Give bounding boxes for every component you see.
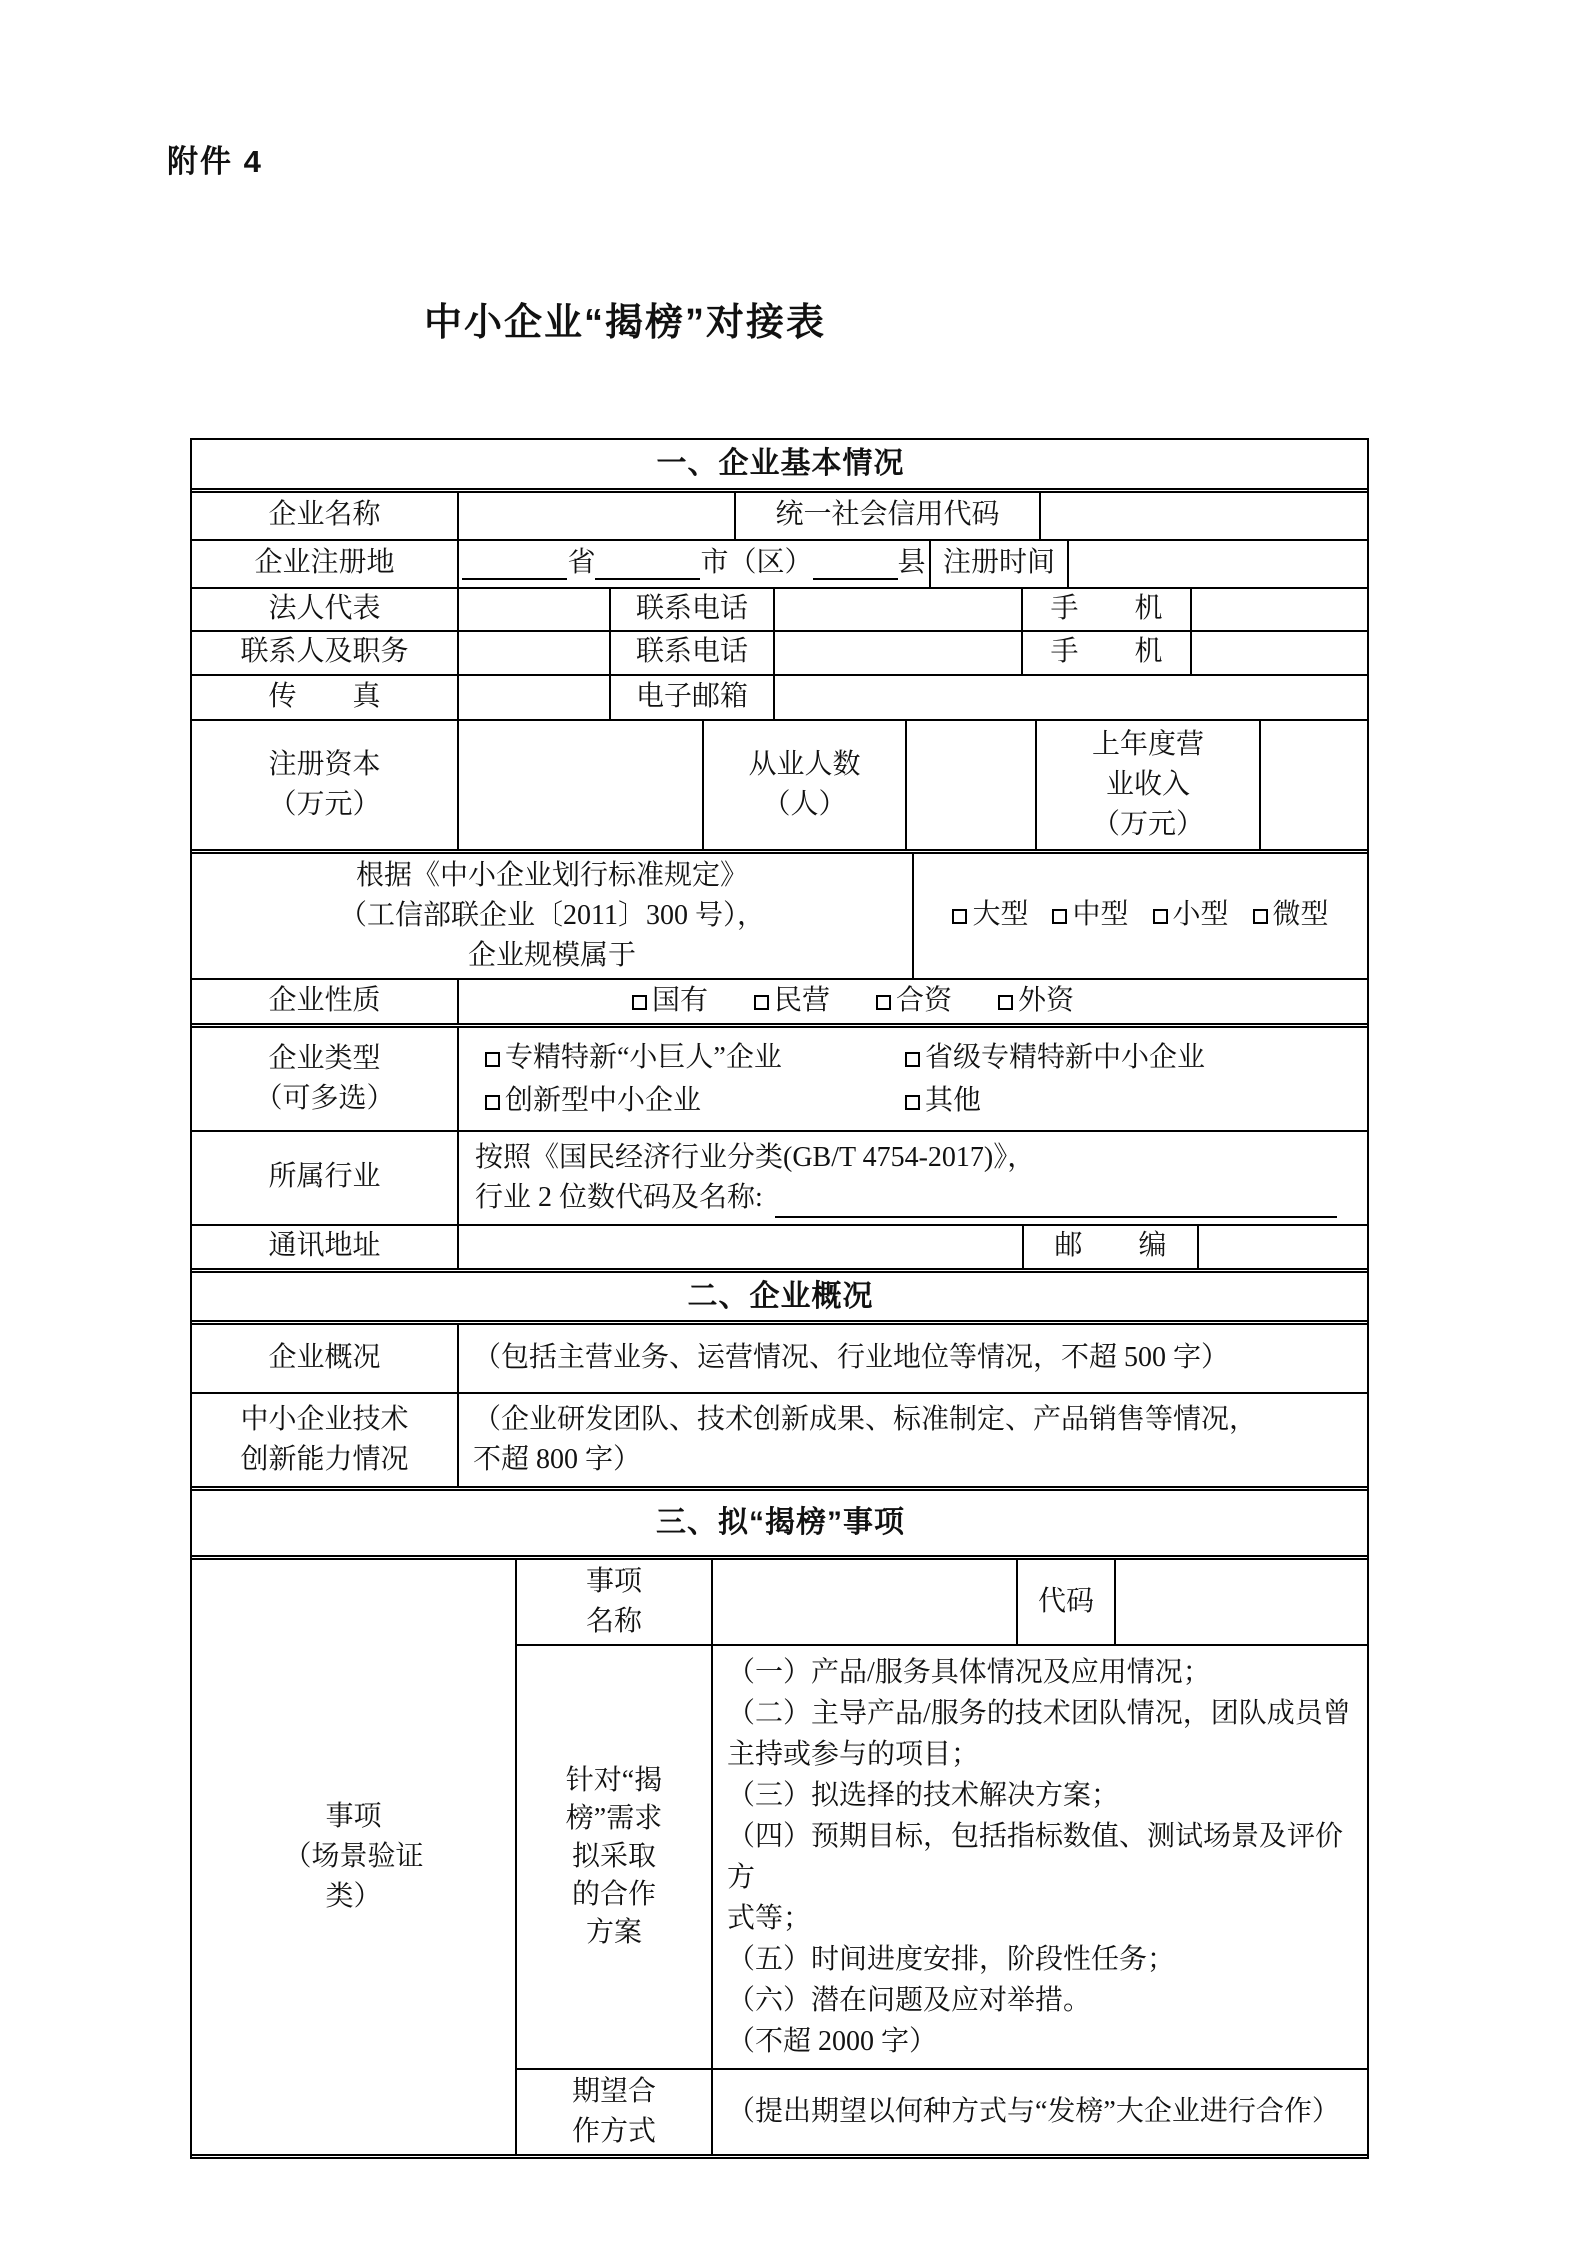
field-profile[interactable]: （包括主营业务、运营情况、行业地位等情况，不超 500 字）	[457, 1325, 1367, 1392]
capital-label: 注册资本（万元）	[192, 721, 457, 849]
option-large: 大型	[952, 897, 1028, 934]
field-item-code[interactable]	[1114, 1560, 1369, 1644]
city-suffix: 市（区）	[700, 545, 812, 582]
table-bottom-border	[192, 2154, 1367, 2159]
revenue-label: 上年度营业收入（万元）	[1035, 721, 1259, 849]
page-title: 中小企业“揭榜”对接表	[0, 291, 1250, 346]
row-fax: 传 真 电子邮箱	[192, 674, 1367, 719]
field-mailing-address[interactable]	[457, 1226, 1022, 1268]
field-registration-time[interactable]	[1067, 541, 1367, 587]
field-zip-code[interactable]	[1197, 1226, 1367, 1268]
checkbox-little-giant-icon[interactable]	[485, 1052, 500, 1067]
field-contact[interactable]	[457, 632, 609, 674]
zip-code-label: 邮 编	[1022, 1226, 1197, 1268]
checkbox-small-icon[interactable]	[1153, 909, 1168, 924]
field-legal-rep[interactable]	[457, 589, 609, 630]
field-innovation[interactable]: （企业研发团队、技术创新成果、标准制定、产品销售等情况，不超 800 字）	[457, 1394, 1367, 1486]
type-options: 专精特新“小巨人”企业 省级专精特新中小企业 创新型中小企业 其他	[457, 1028, 1367, 1130]
legal-rep-phone-label: 联系电话	[609, 589, 773, 630]
field-contact-mobile[interactable]	[1190, 632, 1367, 674]
option-provincial-srdi: 省级专精特新中小企业	[905, 1036, 1205, 1079]
blank-underline	[595, 548, 700, 580]
checkbox-private-icon[interactable]	[754, 995, 769, 1010]
option-micro: 微型	[1253, 897, 1329, 934]
field-employees[interactable]	[905, 721, 1035, 849]
option-state-owned: 国有	[632, 983, 708, 1020]
field-contact-phone[interactable]	[773, 632, 1021, 674]
scale-rule-label: 根据《中小企业划行标准规定》 （工信部联企业〔2011〕300 号）， 企业规模…	[192, 854, 912, 978]
industry-label: 所属行业	[192, 1132, 457, 1224]
field-revenue[interactable]	[1259, 721, 1367, 849]
checkbox-state-owned-icon[interactable]	[632, 995, 647, 1010]
registration-time-label: 注册时间	[929, 541, 1067, 587]
row-expected-cooperation: 期望合作方式 （提出期望以何种方式与“发榜”大企业进行合作）	[517, 2068, 1367, 2154]
row-enterprise-scale: 根据《中小企业划行标准规定》 （工信部联企业〔2011〕300 号）， 企业规模…	[192, 849, 1367, 978]
innovation-label: 中小企业技术创新能力情况	[192, 1394, 457, 1486]
row-mailing-address: 通讯地址 邮 编	[192, 1224, 1367, 1268]
nature-label: 企业性质	[192, 980, 457, 1023]
employees-label: 从业人数（人）	[702, 721, 905, 849]
registration-place-label: 企业注册地	[192, 541, 457, 587]
province-suffix: 省	[567, 545, 595, 582]
section3-body: 事项 （场景验证 类） 事项名称 代码 针对“揭 榜”需求 拟采取	[192, 1555, 1367, 2154]
contact-label: 联系人及职务	[192, 632, 457, 674]
field-item-name[interactable]	[711, 1560, 1016, 1644]
coop-label: 期望合作方式	[517, 2070, 711, 2154]
row-registration-place: 企业注册地 省市（区）县 注册时间	[192, 539, 1367, 587]
field-expected-cooperation[interactable]: （提出期望以何种方式与“发榜”大企业进行合作）	[711, 2070, 1369, 2154]
attachment-label: 附件 4	[167, 136, 263, 181]
row-contact-person: 联系人及职务 联系电话 手 机	[192, 630, 1367, 674]
blank-underline	[462, 548, 567, 580]
option-other: 其他	[905, 1079, 981, 1122]
form-table: 一、企业基本情况 企业名称 统一社会信用代码 企业注册地 省市（区）县 注册时间…	[190, 438, 1369, 2159]
industry-line2-prefix: 行业 2 位数代码及名称:	[475, 1178, 763, 1218]
checkbox-micro-icon[interactable]	[1253, 909, 1268, 924]
option-foreign: 外资	[998, 983, 1074, 1020]
contact-mobile-label: 手 机	[1021, 632, 1190, 674]
plan-label: 针对“揭 榜”需求 拟采取 的合作 方案	[517, 1646, 711, 2068]
option-small: 小型	[1153, 897, 1229, 934]
company-name-label: 企业名称	[192, 493, 457, 539]
option-medium: 中型	[1052, 897, 1128, 934]
section2-header: 二、企业概况	[192, 1273, 1367, 1321]
type-label: 企业类型（可多选）	[192, 1028, 457, 1130]
field-company-name[interactable]	[457, 493, 734, 539]
industry-value: 按照《国民经济行业分类(GB/T 4754-2017)》， 行业 2 位数代码及…	[457, 1132, 1367, 1224]
row-item-name: 事项名称 代码	[517, 1560, 1367, 1644]
section1-header: 一、企业基本情况	[192, 440, 1367, 488]
scope-label: 事项 （场景验证 类）	[192, 1560, 515, 2154]
field-registration-place[interactable]: 省市（区）县	[457, 541, 929, 587]
item-name-label: 事项名称	[517, 1560, 711, 1644]
legal-rep-label: 法人代表	[192, 589, 457, 630]
option-innovative-sme: 创新型中小企业	[485, 1079, 905, 1122]
row-legal-representative: 法人代表 联系电话 手 机	[192, 587, 1367, 630]
industry-code-underline[interactable]	[775, 1186, 1337, 1218]
row-innovation-capability: 中小企业技术创新能力情况 （企业研发团队、技术创新成果、标准制定、产品销售等情况…	[192, 1392, 1367, 1486]
row-capital: 注册资本（万元） 从业人数（人） 上年度营业收入（万元）	[192, 719, 1367, 849]
section3-header-row: 三、拟“揭榜”事项	[192, 1486, 1367, 1555]
section2-header-row: 二、企业概况	[192, 1268, 1367, 1321]
checkbox-medium-icon[interactable]	[1052, 909, 1067, 924]
checkbox-joint-venture-icon[interactable]	[876, 995, 891, 1010]
item-code-label: 代码	[1016, 1560, 1114, 1644]
option-little-giant: 专精特新“小巨人”企业	[485, 1036, 905, 1079]
blank-underline	[813, 548, 898, 580]
field-legal-rep-phone[interactable]	[773, 589, 1021, 630]
nature-options: 国有 民营 合资 外资	[457, 980, 1367, 1023]
industry-line1: 按照《国民经济行业分类(GB/T 4754-2017)》，	[475, 1138, 1367, 1178]
row-enterprise-type: 企业类型（可多选） 专精特新“小巨人”企业 省级专精特新中小企业 创新型中小企业…	[192, 1023, 1367, 1130]
option-private: 民营	[754, 983, 830, 1020]
checkbox-foreign-icon[interactable]	[998, 995, 1013, 1010]
checkbox-provincial-srdi-icon[interactable]	[905, 1052, 920, 1067]
field-legal-rep-mobile[interactable]	[1190, 589, 1367, 630]
email-label: 电子邮箱	[609, 676, 773, 719]
row-company-name: 企业名称 统一社会信用代码	[192, 488, 1367, 539]
scale-options: 大型 中型 小型 微型	[912, 854, 1367, 978]
checkbox-large-icon[interactable]	[952, 909, 967, 924]
checkbox-innovative-sme-icon[interactable]	[485, 1095, 500, 1110]
mailing-address-label: 通讯地址	[192, 1226, 457, 1268]
profile-label: 企业概况	[192, 1325, 457, 1392]
legal-rep-mobile-label: 手 机	[1021, 589, 1190, 630]
row-enterprise-nature: 企业性质 国有 民营 合资 外资	[192, 978, 1367, 1023]
option-joint-venture: 合资	[876, 983, 952, 1020]
section3-header: 三、拟“揭榜”事项	[192, 1491, 1367, 1555]
row-cooperation-plan: 针对“揭 榜”需求 拟采取 的合作 方案 （一）产品/服务具体情况及应用情况； …	[517, 1644, 1367, 2068]
contact-phone-label: 联系电话	[609, 632, 773, 674]
field-fax[interactable]	[457, 676, 609, 719]
field-email[interactable]	[773, 676, 1367, 719]
field-cooperation-plan[interactable]: （一）产品/服务具体情况及应用情况； （二）主导产品/服务的技术团队情况，团队成…	[711, 1646, 1369, 2068]
row-company-profile: 企业概况 （包括主营业务、运营情况、行业地位等情况，不超 500 字）	[192, 1320, 1367, 1392]
checkbox-other-icon[interactable]	[905, 1095, 920, 1110]
field-credit-code[interactable]	[1039, 493, 1367, 539]
field-capital[interactable]	[457, 721, 702, 849]
section1-header-row: 一、企业基本情况	[192, 440, 1367, 488]
row-industry: 所属行业 按照《国民经济行业分类(GB/T 4754-2017)》， 行业 2 …	[192, 1130, 1367, 1224]
credit-code-label: 统一社会信用代码	[734, 493, 1039, 539]
fax-label: 传 真	[192, 676, 457, 719]
county-suffix: 县	[898, 545, 926, 582]
